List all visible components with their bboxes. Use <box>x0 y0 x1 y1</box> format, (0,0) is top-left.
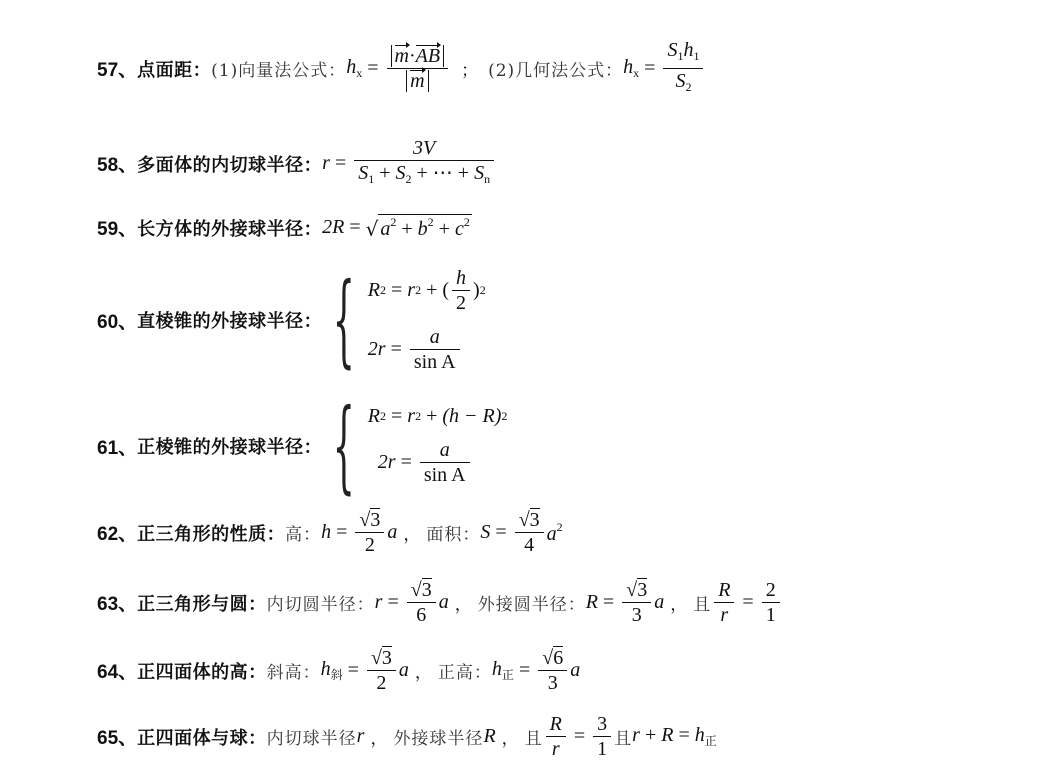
formula-60: 60、 直棱锥的外接球半径： { R2=r2+(h2)2 2r=asin A <box>97 266 486 374</box>
method-label-geometry: (2)几何法公式： <box>488 56 623 81</box>
inscribed-radius-fraction: 3V S1+S2+⋯+Sn <box>354 136 494 191</box>
formula-lhs: hx <box>346 56 362 81</box>
square-root: √ a2+b2+c2 <box>366 214 472 241</box>
geometry-fraction: S1h1 S2 <box>663 38 703 99</box>
left-brace-icon: { <box>333 396 355 496</box>
formula-61: 61、 正棱锥的外接球半径： { R2=r2+(h − R)2 2r=asin … <box>97 396 507 496</box>
item-title: 点面距： <box>137 56 211 82</box>
equation-system: { R2=r2+(h − R)2 2r=asin A <box>322 396 507 496</box>
formula-62: 62、 正三角形的性质： 高： h= √32 a ， 面积： S= √34 a2 <box>97 508 563 557</box>
formula-59: 59、 长方体的外接球半径： 2R = √ a2+b2+c2 <box>97 214 472 241</box>
formula-58: 58、 多面体的内切球半径： r = 3V S1+S2+⋯+Sn <box>97 136 497 191</box>
formula-64: 64、 正四面体的高： 斜高： h斜= √32 a ， 正高： h正= √63 … <box>97 646 580 695</box>
formula-63: 63、 正三角形与圆： 内切圆半径： r= √36 a ， 外接圆半径： R= … <box>97 578 783 627</box>
method-label-vector: (1)向量法公式： <box>211 56 346 81</box>
item-number: 57、 <box>97 55 137 82</box>
equation-system: { R2=r2+(h2)2 2r=asin A <box>322 266 486 374</box>
formula-65: 65、 正四面体与球： 内切球半径 r ， 外接球半径 R ， 且 Rr = 3… <box>97 712 717 761</box>
formula-57: 57、 点面距： (1)向量法公式： hx = m·AB m ； (2)几何法公… <box>97 38 706 99</box>
left-brace-icon: { <box>333 270 355 370</box>
vector-fraction: m·AB m <box>387 44 449 93</box>
